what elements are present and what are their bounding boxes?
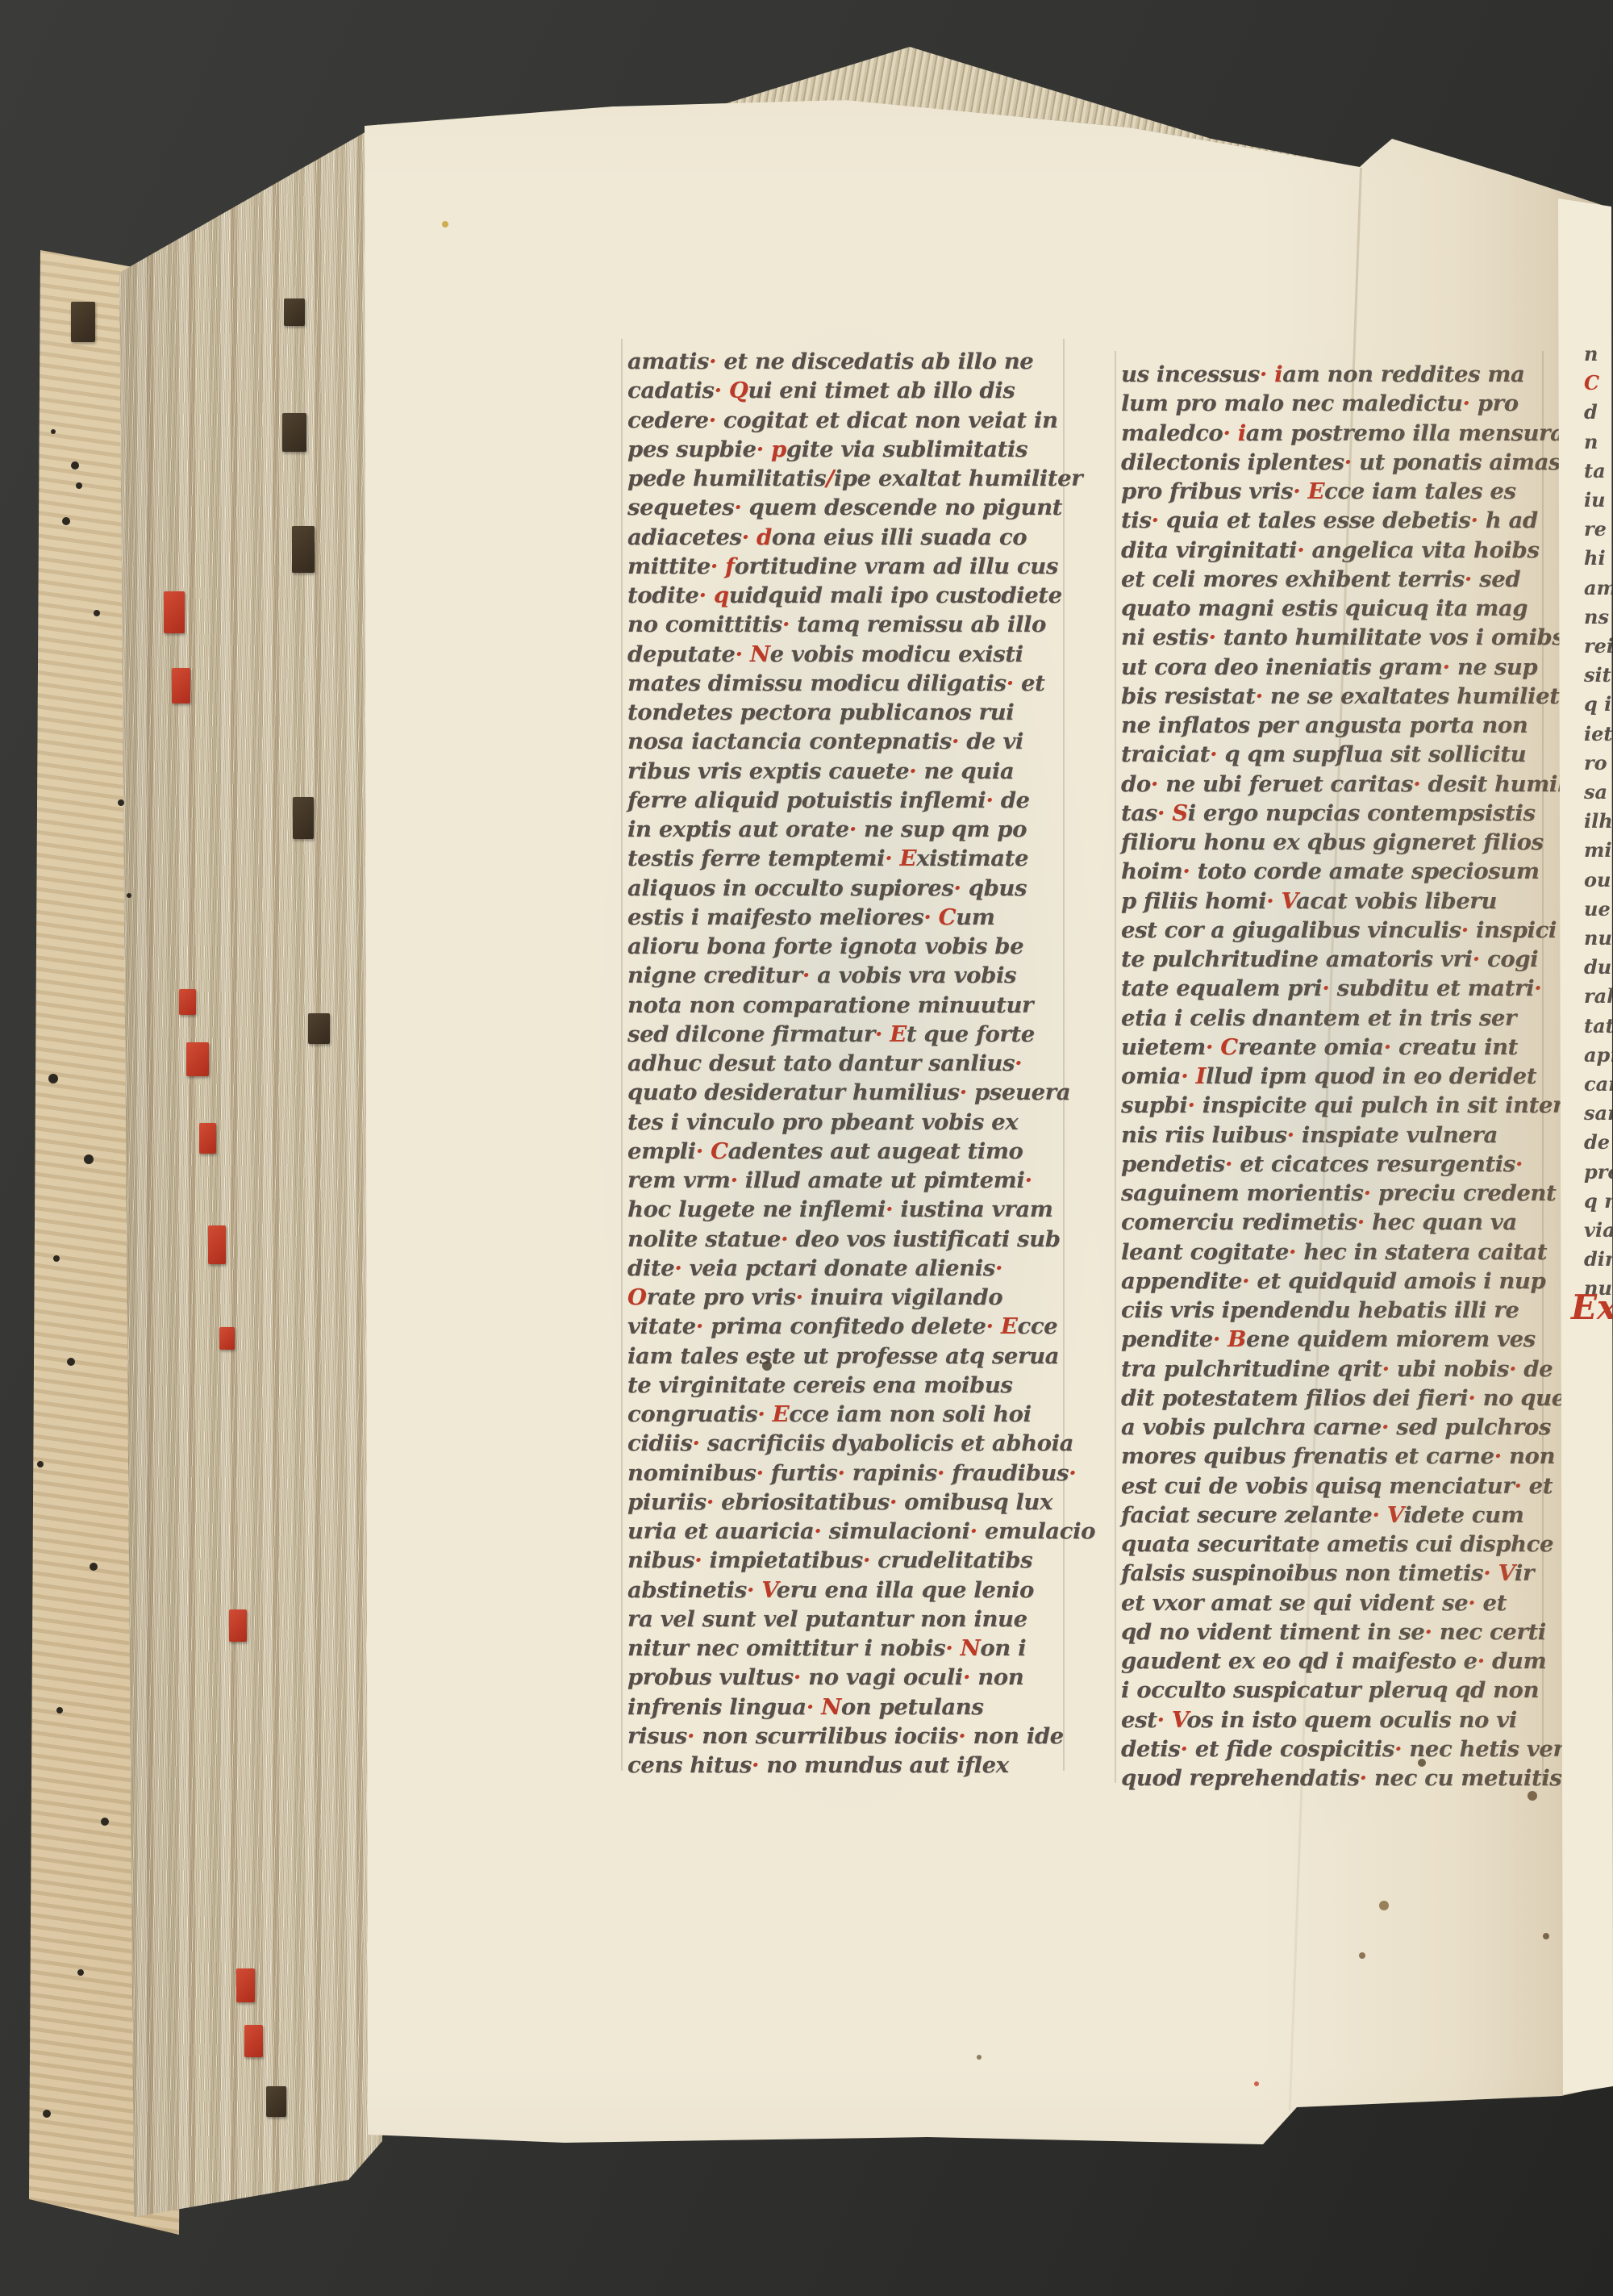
facing-line-fragment: rei: [1584, 634, 1613, 657]
text-line: nitur nec omittitur i nobis· Non i: [627, 1634, 1026, 1663]
text-line: nibus· impietatibus· crudelitatibs: [627, 1546, 1032, 1575]
facing-line-fragment: n: [1584, 430, 1598, 453]
wormhole: [76, 482, 82, 489]
facing-line-fragment: iu: [1584, 488, 1606, 511]
wormhole: [62, 517, 70, 525]
facing-line-fragment: ue: [1584, 897, 1611, 920]
facing-line-fragment: n: [1584, 342, 1598, 365]
bookmark-tab-red: [179, 989, 196, 1015]
text-line: cadatis· Qui eni timet ab illo dis: [627, 376, 1015, 405]
text-line: nolite statue· deo vos iustificati sub: [627, 1225, 1061, 1254]
text-line: congruatis· Ecce iam non soli hoi: [627, 1400, 1032, 1429]
text-line: risus· non scurrilibus iociis· non ide: [627, 1722, 1064, 1751]
facing-line-fragment: rah: [1584, 984, 1613, 1008]
page-speck: [762, 1361, 772, 1371]
text-line: nominibus· furtis· rapinis· fraudibus·: [627, 1459, 1076, 1488]
page-speck: [1528, 1791, 1537, 1801]
text-line: piuriis· ebriositatibus· omibusq lux: [627, 1488, 1052, 1517]
facing-line-fragment: ta: [1584, 459, 1606, 482]
ruling-line: [1063, 339, 1065, 1771]
facing-line-fragment: am: [1584, 576, 1613, 599]
facing-line-fragment: vian: [1584, 1218, 1613, 1242]
bookmark-tab-red: [172, 668, 190, 703]
text-line: uria et auaricia· simulacioni· emulacio: [627, 1517, 1095, 1546]
facing-line-fragment: re: [1584, 517, 1607, 541]
text-line: empli· Cadentes aut augeat timo: [627, 1137, 1023, 1166]
page-speck: [977, 2055, 982, 2060]
text-line: iam tales este ut professe atq serua: [627, 1342, 1059, 1371]
facing-line-fragment: tate: [1584, 1014, 1613, 1037]
facing-line-fragment: ns: [1584, 605, 1609, 628]
text-line: cens hitus· no mundus aut iflex: [627, 1751, 1009, 1780]
facing-line-fragment: prof: [1584, 1160, 1613, 1183]
facing-line-fragment: hi: [1584, 546, 1606, 570]
text-line: probus vultus· no vagi oculi· non: [627, 1663, 1023, 1692]
page-speck: [1543, 1933, 1549, 1939]
bookmark-tab-dark: [292, 526, 315, 573]
text-line: aliquos in occulto supiores· qbus: [627, 874, 1027, 903]
facing-line-fragment: ou: [1584, 868, 1611, 891]
text-line: ra vel sunt vel putantur non inue: [627, 1605, 1027, 1634]
bookmark-tab-dark: [282, 413, 306, 452]
wormhole: [67, 1358, 75, 1366]
bookmark-tab-dark: [293, 797, 314, 839]
text-line: todite· quidquid mali ipo custodiete: [627, 581, 1062, 610]
facing-line-fragment: de r: [1584, 1130, 1613, 1154]
text-line: abstinetis· Veru ena illa que lenio: [627, 1576, 1034, 1605]
page-speck: [1379, 1901, 1389, 1910]
bookmark-tab-red: [199, 1123, 216, 1154]
wormhole: [77, 1969, 84, 1976]
text-line: sed dilcone firmatur· Et que forte: [627, 1020, 1035, 1049]
text-line: deputate· Ne vobis modicu existi: [627, 640, 1023, 669]
text-line: nigne creditur· a vobis vra vobis: [627, 961, 1016, 990]
bookmark-tab-dark: [71, 302, 95, 342]
ruling-line: [1115, 351, 1116, 1783]
text-line: nosa iactancia contepnatis· de vi: [627, 727, 1023, 756]
facing-line-fragment: sa: [1584, 780, 1607, 804]
wormhole: [94, 610, 100, 616]
text-line: tondetes pectora publicanos rui: [627, 698, 1014, 727]
text-line: pes supbie· pgite via sublimitatis: [627, 435, 1027, 464]
facing-line-fragment: cano: [1584, 1072, 1613, 1096]
facing-line-fragment: mi: [1584, 838, 1612, 862]
text-line: in exptis aut orate· ne sup qm po: [627, 815, 1027, 844]
manuscript-photo: amatis· et ne discedatis ab illo necadat…: [0, 0, 1613, 2296]
text-line: amatis· et ne discedatis ab illo ne: [627, 347, 1033, 376]
wormhole: [90, 1563, 98, 1571]
text-line: no comittitis· tamq remissu ab illo: [627, 610, 1046, 639]
bookmark-tab-dark: [308, 1013, 330, 1044]
facing-line-fragment: C: [1584, 371, 1599, 394]
facing-line-fragment: du: [1584, 955, 1611, 979]
explicit-rubric: Ex: [1571, 1288, 1613, 1327]
bookmark-tab-red: [244, 2025, 263, 2057]
facing-line-fragment: sit: [1584, 663, 1611, 687]
wormhole: [127, 893, 131, 898]
text-line: cidiis· sacrificiis dyabolicis et abhoia: [627, 1429, 1073, 1458]
text-line: mittite· fortitudine vram ad illu cus: [627, 552, 1058, 581]
page-speck: [1254, 2081, 1259, 2086]
bookmark-tab-red: [236, 1968, 255, 2002]
bookmark-tab-red: [164, 591, 185, 633]
wormhole: [71, 461, 79, 470]
wormhole: [43, 2110, 51, 2118]
text-line: testis ferre temptemi· Existimate: [627, 844, 1028, 873]
bookmark-tab-dark: [266, 2086, 286, 2117]
text-line: alioru bona forte ignota vobis be: [627, 932, 1023, 961]
bookmark-tab-red: [186, 1042, 209, 1076]
bookmark-tab-red: [208, 1225, 226, 1264]
page-speck: [1418, 1759, 1426, 1767]
text-line: hoc lugete ne inflemi· iustina vram: [627, 1195, 1052, 1224]
text-line: ribus vris exptis cauete· ne quia: [627, 757, 1014, 786]
bookmark-tab-dark: [284, 298, 305, 326]
wormhole: [53, 1255, 60, 1262]
text-line: ferre aliquid potuistis inflemi· de: [627, 786, 1030, 815]
text-line: tes i vinculo pro pbeant vobis ex: [627, 1108, 1018, 1137]
text-line: adhuc desut tato dantur sanlius·: [627, 1049, 1022, 1078]
text-line: te virginitate cereis ena moibus: [627, 1371, 1013, 1400]
text-line: adiacetes· dona eius illi suada co: [627, 523, 1027, 552]
text-line: Orate pro vris· inuira vigilando: [627, 1283, 1002, 1312]
facing-line-fragment: q i: [1584, 692, 1611, 716]
text-line: nota non comparatione minuutur: [627, 991, 1033, 1020]
page-speck: [442, 221, 448, 228]
wormhole: [56, 1707, 63, 1714]
text-line: cedere· cogitat et dicat non veiat in: [627, 406, 1058, 435]
wormhole: [118, 799, 124, 806]
facing-line-fragment: apn: [1584, 1043, 1613, 1067]
facing-line-fragment: dint: [1584, 1247, 1613, 1271]
facing-line-fragment: ro: [1584, 751, 1607, 774]
text-line: mates dimissu modicu diligatis· et: [627, 669, 1044, 698]
text-line: dite· veia pctari donate alienis·: [627, 1254, 1002, 1283]
text-line: vitate· prima confitedo delete· Ecce: [627, 1312, 1057, 1341]
text-line: infrenis lingua· Non petulans: [627, 1693, 984, 1722]
facing-line-fragment: san: [1584, 1101, 1613, 1125]
facing-line-fragment: ilh: [1584, 809, 1613, 833]
wormhole: [84, 1154, 94, 1164]
wormhole: [51, 429, 56, 434]
wormhole: [37, 1461, 44, 1467]
text-line: estis i maifesto meliores· Cum: [627, 903, 994, 932]
wormhole: [48, 1074, 58, 1083]
text-line: quato desideratur humilius· pseuera: [627, 1078, 1070, 1107]
bookmark-tab-red: [229, 1609, 247, 1642]
page-speck: [1359, 1952, 1365, 1959]
facing-line-fragment: d: [1584, 400, 1598, 424]
facing-line-fragment: nu: [1584, 926, 1612, 950]
text-line: sequetes· quem descende no pigunt: [627, 493, 1062, 522]
text-line: pede humilitatis/ipe exaltat humiliter: [627, 464, 1082, 493]
facing-line-fragment: q m: [1584, 1189, 1613, 1213]
facing-line-fragment: iet: [1584, 722, 1612, 745]
bookmark-tab-red: [219, 1327, 235, 1350]
text-line: rem vrm· illud amate ut pimtemi·: [627, 1166, 1032, 1195]
wormhole: [101, 1818, 109, 1826]
ruling-line: [621, 339, 623, 1771]
